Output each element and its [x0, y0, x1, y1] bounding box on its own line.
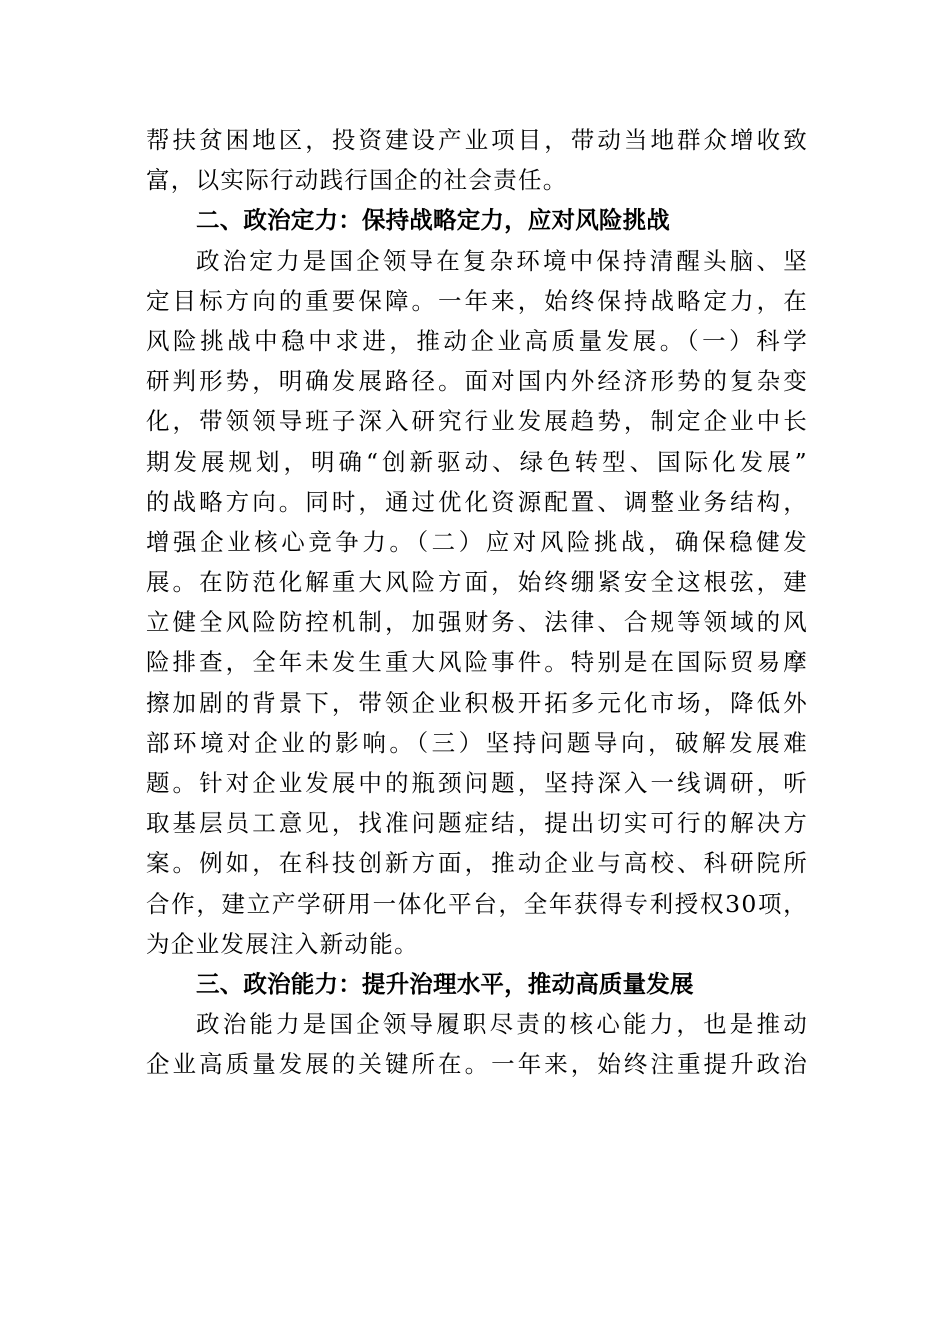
text-line: 企业高质量发展的关键所在。一年来，始终注重提升政治 [146, 1044, 808, 1084]
text-line: 期发展规划，明确“创新驱动、绿色转型、国际化发展” [146, 442, 808, 482]
text-line: 为企业发展注入新动能。 [146, 924, 808, 964]
section-heading-3: 三、政治能力：提升治理水平，推动高质量发展 [146, 964, 808, 1004]
section-heading-2: 二、政治定力：保持战略定力，应对风险挑战 [146, 200, 808, 240]
text-line: 化，带领领导班子深入研究行业发展趋势，制定企业中长 [146, 401, 808, 441]
text-line: 富，以实际行动践行国企的社会责任。 [146, 160, 808, 200]
text-line: 政治能力是国企领导履职尽责的核心能力，也是推动 [146, 1004, 808, 1044]
text-line: 擦加剧的背景下，带领企业积极开拓多元化市场，降低外 [146, 683, 808, 723]
text-line: 增强企业核心竞争力。（二）应对风险挑战，确保稳健发 [146, 522, 808, 562]
text-line: 帮扶贫困地区，投资建设产业项目，带动当地群众增收致 [146, 120, 808, 160]
text-line: 立健全风险防控机制，加强财务、法律、合规等领域的风 [146, 602, 808, 642]
text-line: 定目标方向的重要保障。一年来，始终保持战略定力，在 [146, 281, 808, 321]
text-line: 展。在防范化解重大风险方面，始终绷紧安全这根弦，建 [146, 562, 808, 602]
text-line: 的战略方向。同时，通过优化资源配置、调整业务结构， [146, 482, 808, 522]
document-page: 帮扶贫困地区，投资建设产业项目，带动当地群众增收致 富，以实际行动践行国企的社会… [146, 120, 808, 1085]
text-line: 合作，建立产学研用一体化平台，全年获得专利授权30项， [146, 884, 808, 924]
text-line: 题。针对企业发展中的瓶颈问题，坚持深入一线调研，听 [146, 763, 808, 803]
text-line: 取基层员工意见，找准问题症结，提出切实可行的解决方 [146, 803, 808, 843]
text-line: 研判形势，明确发展路径。面对国内外经济形势的复杂变 [146, 361, 808, 401]
text-line: 部环境对企业的影响。（三）坚持问题导向，破解发展难 [146, 723, 808, 763]
text-line: 险排查，全年未发生重大风险事件。特别是在国际贸易摩 [146, 642, 808, 682]
text-line: 案。例如，在科技创新方面，推动企业与高校、科研院所 [146, 843, 808, 883]
text-line: 风险挑战中稳中求进，推动企业高质量发展。（一）科学 [146, 321, 808, 361]
text-line: 政治定力是国企领导在复杂环境中保持清醒头脑、坚 [146, 241, 808, 281]
